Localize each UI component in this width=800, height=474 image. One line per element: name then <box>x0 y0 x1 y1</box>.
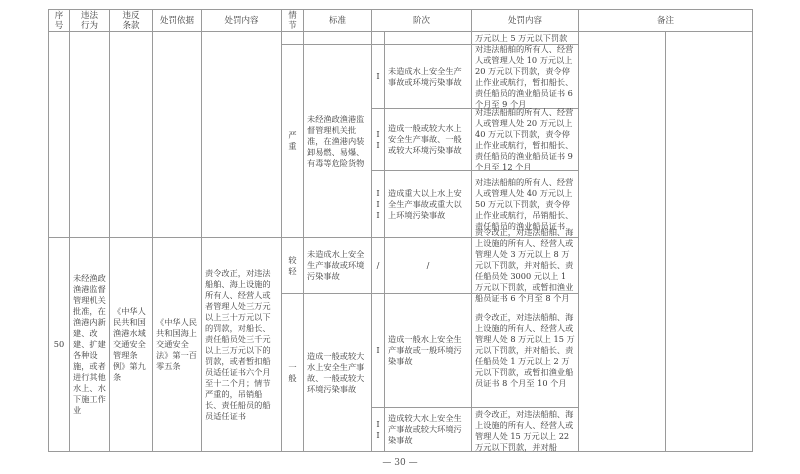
cell-std-cont <box>303 31 372 45</box>
tier-serious-3: I I I <box>371 170 385 238</box>
cell-tier-cont <box>371 31 385 45</box>
cell-behavior-prev <box>69 31 110 238</box>
desc-light: / <box>384 237 472 294</box>
header-content: 处罚内容 <box>201 9 282 32</box>
item-50-basis: 《中华人民共和国海上交通安全法》第一百零五条 <box>152 237 202 452</box>
page-number: — 30 — <box>0 458 800 468</box>
cell-desc-cont <box>384 31 472 45</box>
circumstance-light: 较 轻 <box>281 237 304 294</box>
cell-circ-cont <box>281 31 304 45</box>
circumstance-serious: 严 重 <box>281 44 304 238</box>
cell-basis-prev <box>152 31 202 238</box>
tier-serious-1: I <box>371 44 385 109</box>
standard-serious: 未经渔政渔港监督管理机关批准，在渔港内装卸易燃、易爆、有毒等危险货物 <box>303 44 372 238</box>
penalty-light: 责令改正，对违法船舶、海上设施的所有人、经营人或管理人处 3 万元以上 8 万元… <box>471 237 579 294</box>
item-50-seq: 50 <box>48 237 70 452</box>
cell-seq-prev <box>48 31 70 238</box>
penalty-serious-1: 对违法船舶的所有人、经营人或管理人处 10 万元以上 20 万元以下罚款，责令停… <box>471 44 579 109</box>
desc-general-1: 造成一般水上安全生产事故或一般环境污染事故 <box>384 293 472 408</box>
tier-serious-2: I I <box>371 108 385 171</box>
desc-serious-1: 未造成水上安全生产事故或环境污染事故 <box>384 44 472 109</box>
header-remarks: 备注 <box>578 9 753 32</box>
item-50-behavior: 未经渔政渔港监督管理机关批准，在渔港内新建、改建、扩建各种设施，或者进行其他水上… <box>69 237 110 452</box>
desc-serious-3: 造成重大以上水上安全生产事故或重大以上环境污染事故 <box>384 170 472 238</box>
penalty-general-2: 责令改正，对违法船舶、海上设施的所有人、经营人或管理人处 15 万元以上 22 … <box>471 407 579 452</box>
tier-general-2: I I <box>371 407 385 452</box>
standard-light: 未造成水上安全生产事故或环境污染事故 <box>303 237 372 294</box>
tier-light: / <box>371 237 385 294</box>
remarks-cell <box>578 31 666 452</box>
desc-serious-2: 造成一般或较大水上安全生产事故、一般或较大环境污染事故 <box>384 108 472 171</box>
item-50-content: 责令改正，对违法船舶、海上设施的所有人、经营人或者管理人处三万元以上三十万元以下… <box>201 237 282 452</box>
header-tier-content: 处罚内容 <box>471 9 579 32</box>
penalty-general-1: 责令改正，对违法船舶、海上设施的所有人、经营人或管理人处 8 万元以上 15 万… <box>471 293 579 408</box>
standard-general: 造成一般或较大水上安全生产事故、一般或较大环境污染事故 <box>303 293 372 452</box>
item-50-clause: 《中华人民共和国渔港水域交通安全管理条例》第九条 <box>109 237 153 452</box>
circumstance-general: 一 般 <box>281 293 304 452</box>
header-clause: 违反 条款 <box>109 9 153 32</box>
header-seq: 序 号 <box>48 9 70 32</box>
remarks-cell-extra <box>665 31 753 452</box>
header-basis: 处罚依据 <box>152 9 202 32</box>
cell-clause-prev <box>109 31 153 238</box>
desc-general-2: 造成较大水上安全生产事故或较大环境污染事故 <box>384 407 472 452</box>
header-behavior: 违法 行为 <box>69 9 110 32</box>
header-standard: 标准 <box>303 9 372 32</box>
header-circumstance: 情 节 <box>281 9 304 32</box>
cell-content-prev <box>201 31 282 238</box>
header-tier: 阶次 <box>371 9 472 32</box>
penalty-serious-2: 对违法船舶的所有人、经营人或管理人处 20 万元以上 40 万元以下罚款，责令停… <box>471 108 579 171</box>
tier-general-1: I <box>371 293 385 408</box>
